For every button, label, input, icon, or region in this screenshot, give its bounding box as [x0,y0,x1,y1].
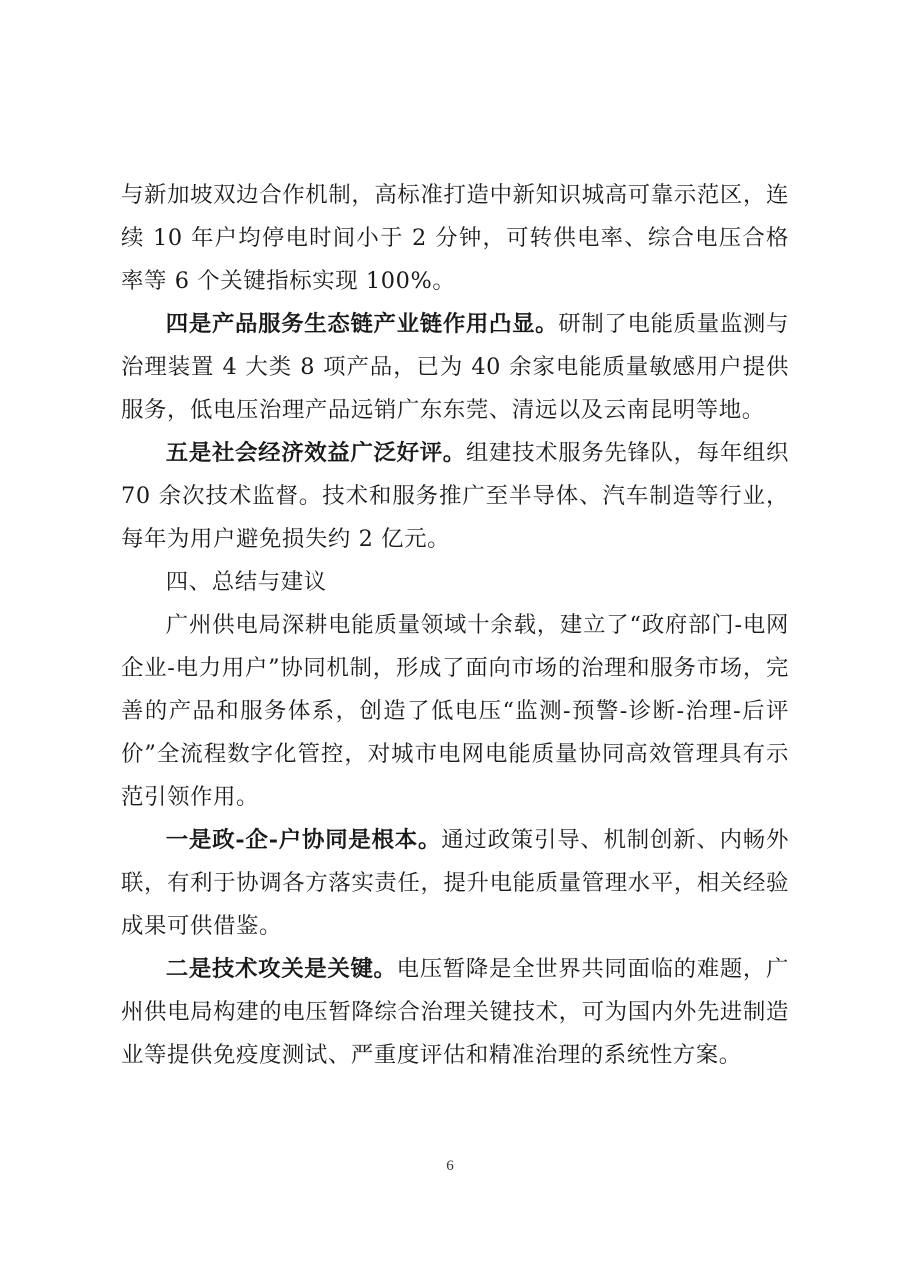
document-page-body: 与新加坡双边合作机制，高标准打造中新知识城高可靠示范区，连续 10 年户均停电时… [121,174,789,1077]
paragraph-lead-bold: 四是产品服务生态链产业链作用凸显。 [166,311,558,337]
section-heading-summary: 四、总结与建议 [121,561,789,604]
paragraph-suggestion-two: 二是技术攻关是关键。电压暂降是全世界共同面临的难题，广州供电局构建的电压暂降综合… [121,948,789,1077]
paragraph-summary: 广州供电局深耕电能质量领域十余载，建立了“政府部门-电网企业-电力用户”协同机制… [121,604,789,819]
paragraph-point-five: 五是社会经济效益广泛好评。组建技术服务先锋队，每年组织 70 余次技术监督。技术… [121,432,789,561]
paragraph-text: 广州供电局深耕电能质量领域十余载，建立了“政府部门-电网企业-电力用户”协同机制… [121,612,789,810]
page-number: 6 [0,1158,900,1175]
paragraph-lead-bold: 二是技术攻关是关键。 [166,956,397,982]
paragraph-suggestion-one: 一是政-企-户协同是根本。通过政策引导、机制创新、内畅外联，有利于协调各方落实责… [121,819,789,948]
paragraph-point-four: 四是产品服务生态链产业链作用凸显。研制了电能质量监测与治理装置 4 大类 8 项… [121,303,789,432]
paragraph-text: 与新加坡双边合作机制，高标准打造中新知识城高可靠示范区，连续 10 年户均停电时… [121,182,789,294]
paragraph-lead-bold: 一是政-企-户协同是根本。 [166,827,441,853]
paragraph-continuation: 与新加坡双边合作机制，高标准打造中新知识城高可靠示范区，连续 10 年户均停电时… [121,174,789,303]
paragraph-lead-bold: 五是社会经济效益广泛好评。 [166,440,466,466]
